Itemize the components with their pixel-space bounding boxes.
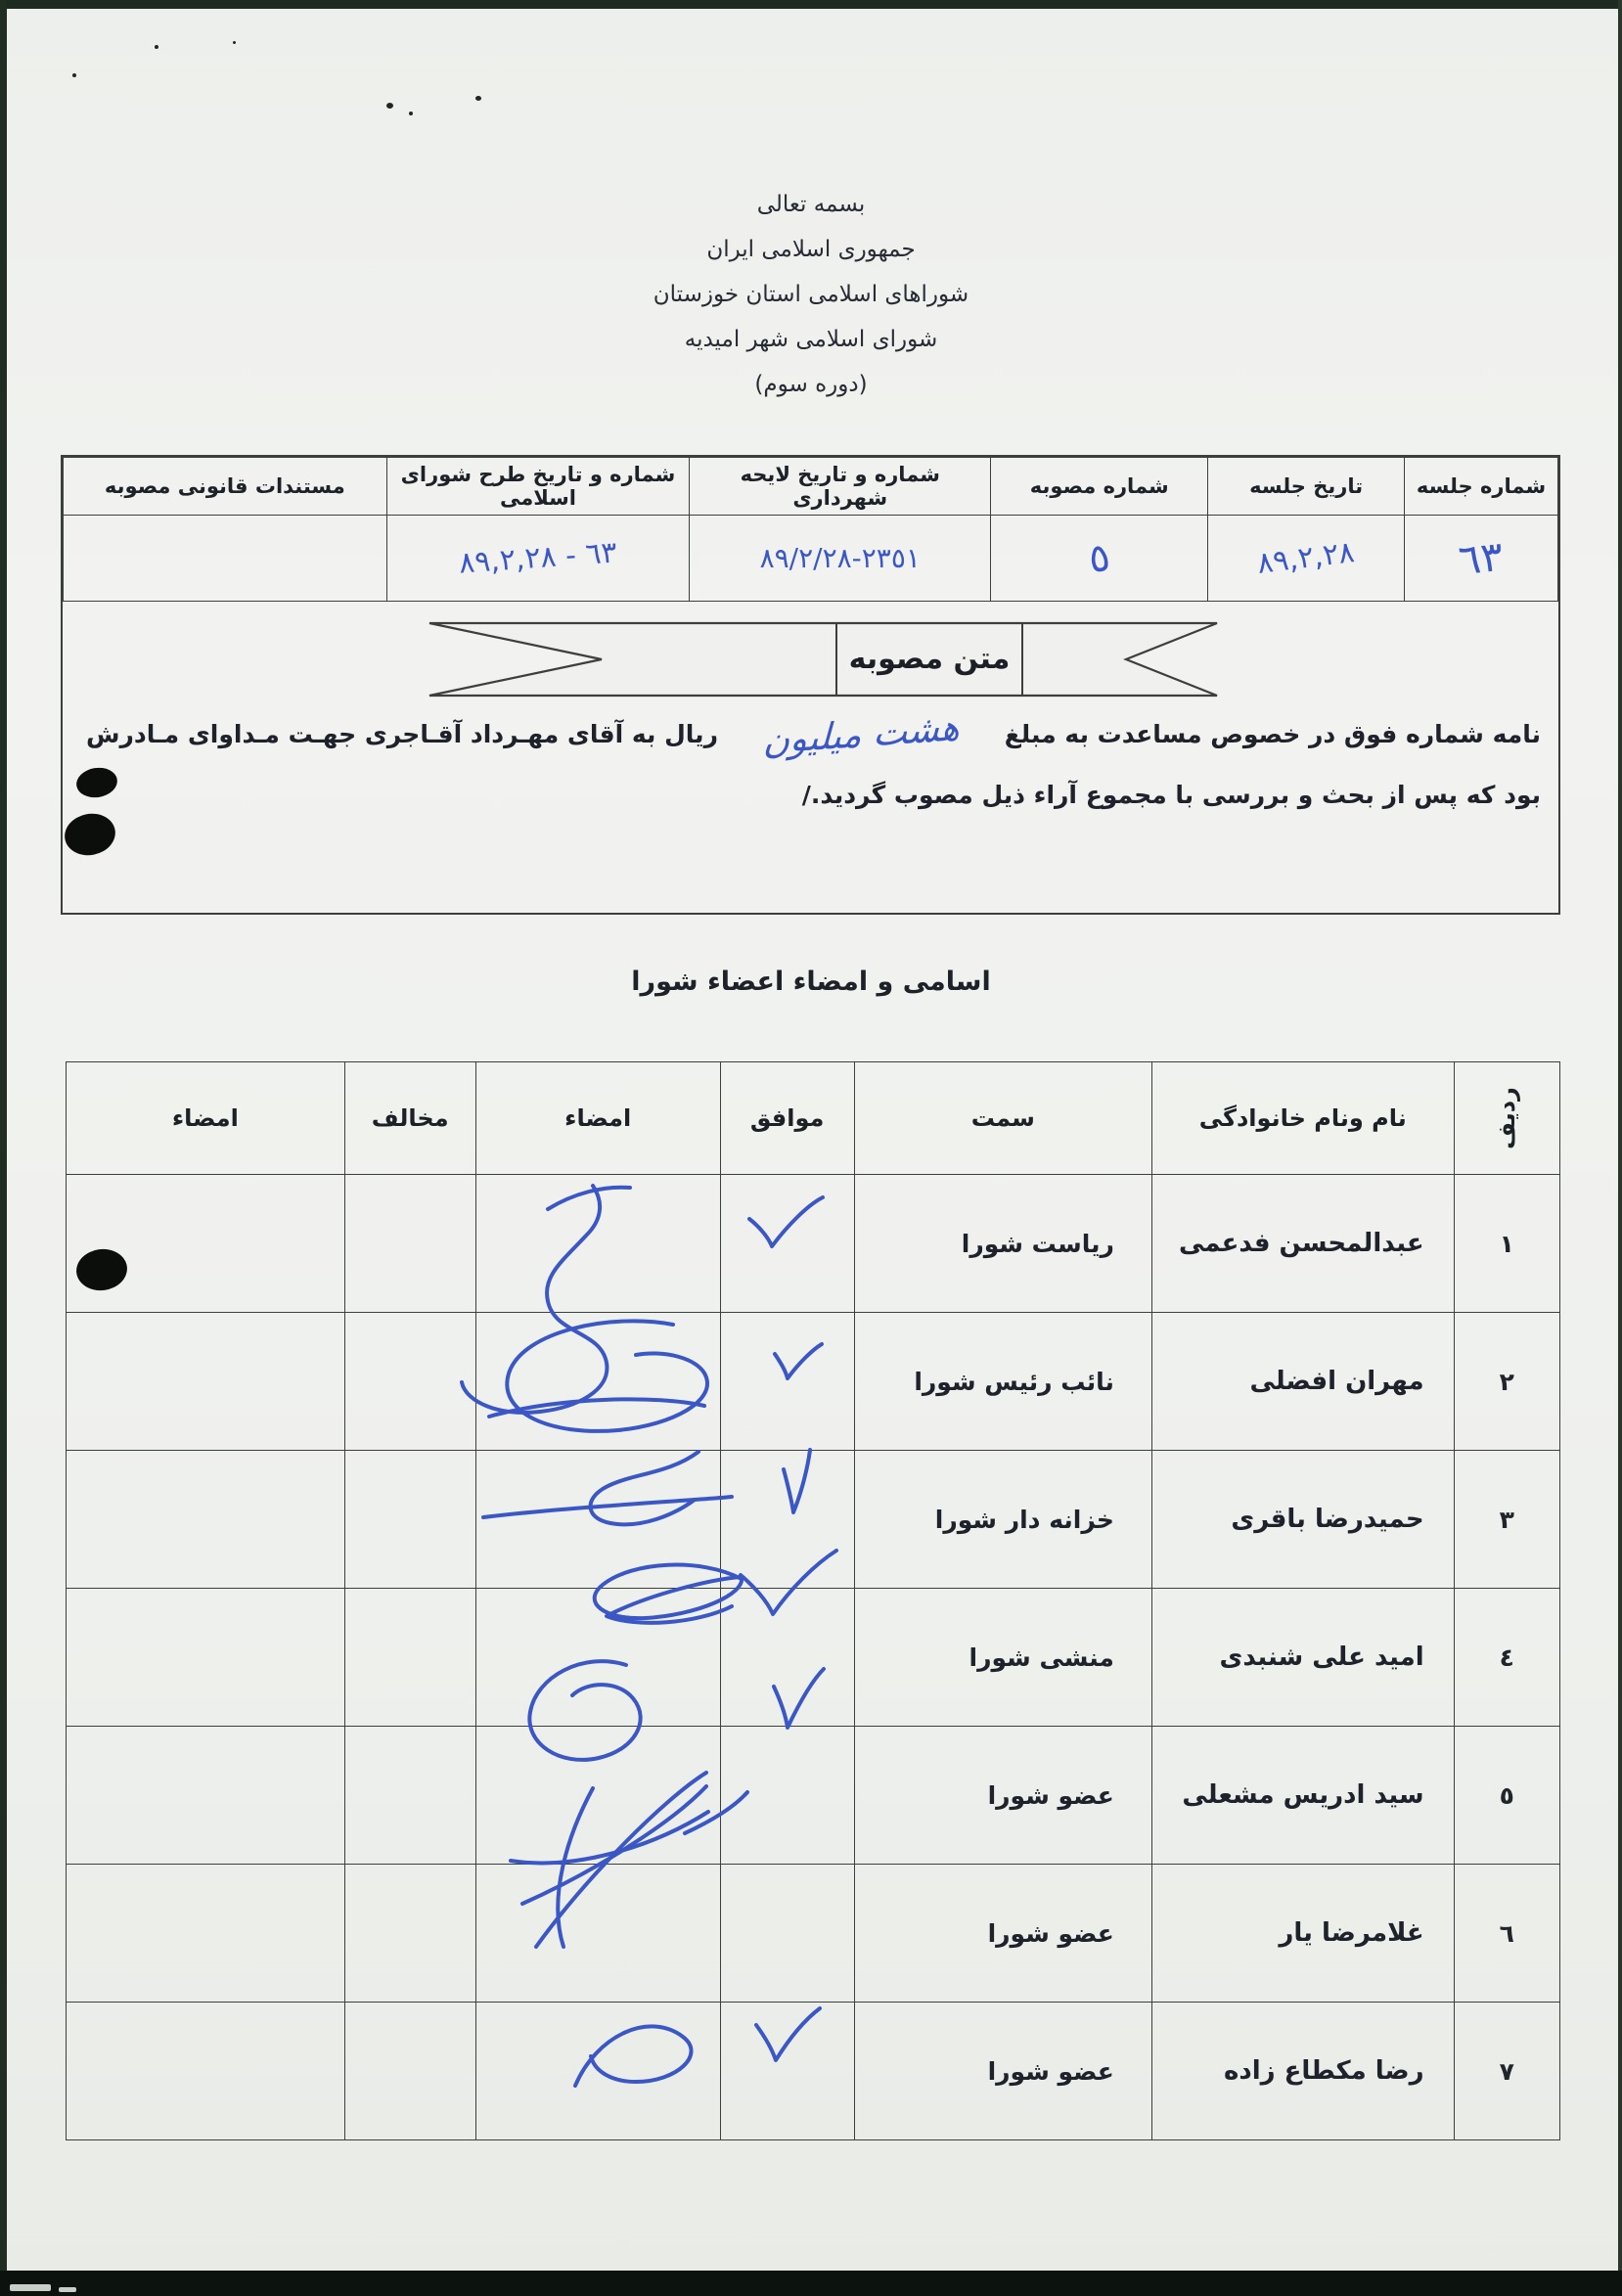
row-number: ٦ — [1454, 1865, 1559, 2003]
handwritten-resolution-number: ٥ — [1085, 534, 1113, 582]
resolution-line-2: بود که پس از بحث و بررسی با مجموع آراء ذ… — [86, 781, 1541, 809]
member-row-1: ١ عبدالمحسن فدعمی ریاست شورا — [67, 1175, 1560, 1313]
members-table: ردیف نام ونام خانوادگی سمت موافق امضاء م… — [66, 1061, 1560, 2140]
header-council-plan: شماره و تاریخ طرح شورای اسلامی — [386, 458, 690, 516]
header-municipality-bill: شماره و تاریخ لایحه شهرداری — [690, 458, 991, 516]
header-row-number: ردیف — [1454, 1062, 1559, 1175]
header-agree: موافق — [720, 1062, 854, 1175]
handwritten-municipality-bill: ٨٩/٢/٢٨-٢٣٥١ — [760, 542, 921, 574]
letterhead-line-country: جمهوری اسلامی ایران — [0, 227, 1622, 272]
ink-speck — [72, 73, 76, 77]
member-row-6: ٦ غلامرضا یار عضو شورا — [67, 1865, 1560, 2003]
signature-cell — [475, 1175, 720, 1313]
members-section-title: اسامی و امضاء اعضاء شورا — [0, 967, 1622, 997]
member-name: سید ادریس مشعلی — [1151, 1727, 1454, 1865]
member-position: نائب رئیس شورا — [854, 1313, 1151, 1451]
members-table-wrap: ردیف نام ونام خانوادگی سمت موافق امضاء م… — [66, 1061, 1560, 2140]
value-legal-documents — [64, 516, 387, 602]
member-position: عضو شورا — [854, 2003, 1151, 2140]
ink-speck — [155, 45, 158, 49]
member-row-2: ٢ مهران افضلی نائب رئیس شورا — [67, 1313, 1560, 1451]
member-position: خزانه دار شورا — [854, 1451, 1151, 1589]
member-position: ریاست شورا — [854, 1175, 1151, 1313]
ink-speck — [233, 41, 236, 44]
signature-cell — [475, 1865, 720, 2003]
signature-cell-2 — [67, 1589, 345, 1727]
header-signature: امضاء — [475, 1062, 720, 1175]
letterhead-line-basmala: بسمه تعالی — [0, 182, 1622, 227]
member-name: امید علی شنبدی — [1151, 1589, 1454, 1727]
ribbon-banner-shape — [423, 616, 1225, 702]
oppose-cell — [344, 1451, 475, 1589]
letterhead-line-province-councils: شوراهای اسلامی استان خوزستان — [0, 272, 1622, 317]
agree-cell — [720, 1313, 854, 1451]
header-row-number-label: ردیف — [1493, 1087, 1520, 1149]
oppose-cell — [344, 2003, 475, 2140]
agree-cell — [720, 1589, 854, 1727]
scanner-edge-bottom — [0, 2271, 1622, 2296]
row-number: ١ — [1454, 1175, 1559, 1313]
value-council-plan: ٨٩,٢,٢٨ - ٦٣ — [386, 516, 690, 602]
signature-cell — [475, 1313, 720, 1451]
row-number: ٥ — [1454, 1727, 1559, 1865]
signature-cell — [475, 2003, 720, 2140]
row-number: ٧ — [1454, 2003, 1559, 2140]
agree-cell — [720, 1727, 854, 1865]
header-session-number: شماره جلسه — [1405, 458, 1558, 516]
oppose-cell — [344, 1175, 475, 1313]
resolution-line1-before: نامه شماره فوق در خصوص مساعدت به مبلغ — [1005, 720, 1541, 748]
scanned-council-resolution-document: بسمه تعالی جمهوری اسلامی ایران شوراهای ا… — [0, 0, 1622, 2296]
header-full-name: نام ونام خانوادگی — [1151, 1062, 1454, 1175]
member-position: عضو شورا — [854, 1727, 1151, 1865]
handwritten-amount: هشت میلیون — [744, 705, 977, 764]
member-row-5: ٥ سید ادریس مشعلی عضو شورا — [67, 1727, 1560, 1865]
member-row-7: ٧ رضا مکطاع زاده عضو شورا — [67, 2003, 1560, 2140]
header-legal-documents: مستندات قانونی مصوبه — [64, 458, 387, 516]
letterhead-line-city-council: شورای اسلامی شهر امیدیه — [0, 317, 1622, 362]
info-header-row: شماره جلسه تاریخ جلسه شماره مصوبه شماره … — [64, 458, 1558, 516]
value-session-number: ٦٣ — [1405, 516, 1558, 602]
member-name: مهران افضلی — [1151, 1313, 1454, 1451]
banner-title: متن مصوبه — [836, 631, 1022, 686]
member-row-3: ٣ حمیدرضا باقری خزانه دار شورا — [67, 1451, 1560, 1589]
member-position: منشی شورا — [854, 1589, 1151, 1727]
header-signature-2: امضاء — [67, 1062, 345, 1175]
resolution-line-1: نامه شماره فوق در خصوص مساعدت به مبلغ هش… — [86, 713, 1541, 755]
header-position: سمت — [854, 1062, 1151, 1175]
resolution-text: نامه شماره فوق در خصوص مساعدت به مبلغ هش… — [86, 713, 1541, 809]
agree-cell — [720, 1175, 854, 1313]
signature-cell — [475, 1727, 720, 1865]
member-row-4: ٤ امید علی شنبدی منشی شورا — [67, 1589, 1560, 1727]
header-resolution-number: شماره مصوبه — [991, 458, 1208, 516]
members-header-row: ردیف نام ونام خانوادگی سمت موافق امضاء م… — [67, 1062, 1560, 1175]
handwritten-council-plan: ٨٩,٢,٢٨ - ٦٣ — [458, 535, 618, 580]
value-session-date: ٨٩,٢,٢٨ — [1208, 516, 1405, 602]
member-name: غلامرضا یار — [1151, 1865, 1454, 2003]
member-position: عضو شورا — [854, 1865, 1151, 2003]
header-oppose: مخالف — [344, 1062, 475, 1175]
member-name: رضا مکطاع زاده — [1151, 2003, 1454, 2140]
signature-cell-2 — [67, 2003, 345, 2140]
signature-cell-2 — [67, 1313, 345, 1451]
scanner-edge-top — [0, 0, 1622, 9]
ink-speck — [386, 103, 393, 109]
signature-cell-2 — [67, 1451, 345, 1589]
member-name: عبدالمحسن فدعمی — [1151, 1175, 1454, 1313]
value-municipality-bill: ٨٩/٢/٢٨-٢٣٥١ — [690, 516, 991, 602]
info-value-row: ٦٣ ٨٩,٢,٢٨ ٥ ٨٩/٢/٢٨-٢٣٥١ ٨٩,٢,٢٨ - ٦٣ — [64, 516, 1558, 602]
header-session-date: تاریخ جلسه — [1208, 458, 1405, 516]
ink-speck — [409, 112, 413, 115]
signature-cell — [475, 1451, 720, 1589]
agree-cell — [720, 2003, 854, 2140]
oppose-cell — [344, 1589, 475, 1727]
signature-cell-2 — [67, 1175, 345, 1313]
handwritten-session-number: ٦٣ — [1457, 532, 1506, 584]
signature-cell-2 — [67, 1727, 345, 1865]
letterhead: بسمه تعالی جمهوری اسلامی ایران شوراهای ا… — [0, 182, 1622, 407]
row-number: ٢ — [1454, 1313, 1559, 1451]
scan-artifact — [59, 2287, 76, 2292]
oppose-cell — [344, 1865, 475, 2003]
oppose-cell — [344, 1313, 475, 1451]
member-name: حمیدرضا باقری — [1151, 1451, 1454, 1589]
agree-cell — [720, 1451, 854, 1589]
letterhead-line-term: (دوره سوم) — [0, 362, 1622, 407]
resolution-line1-after: ریال به آقای مهـرداد آقـاجری جهـت مـداوا… — [86, 720, 718, 748]
resolution-info-table: شماره جلسه تاریخ جلسه شماره مصوبه شماره … — [63, 457, 1558, 602]
row-number: ٣ — [1454, 1451, 1559, 1589]
oppose-cell — [344, 1727, 475, 1865]
signature-cell-2 — [67, 1865, 345, 2003]
ink-speck — [475, 96, 481, 101]
agree-cell — [720, 1865, 854, 2003]
value-resolution-number: ٥ — [991, 516, 1208, 602]
row-number: ٤ — [1454, 1589, 1559, 1727]
handwritten-session-date: ٨٩,٢,٢٨ — [1256, 535, 1357, 581]
scan-artifact — [10, 2284, 51, 2291]
resolution-box: شماره جلسه تاریخ جلسه شماره مصوبه شماره … — [61, 455, 1560, 915]
signature-cell — [475, 1589, 720, 1727]
